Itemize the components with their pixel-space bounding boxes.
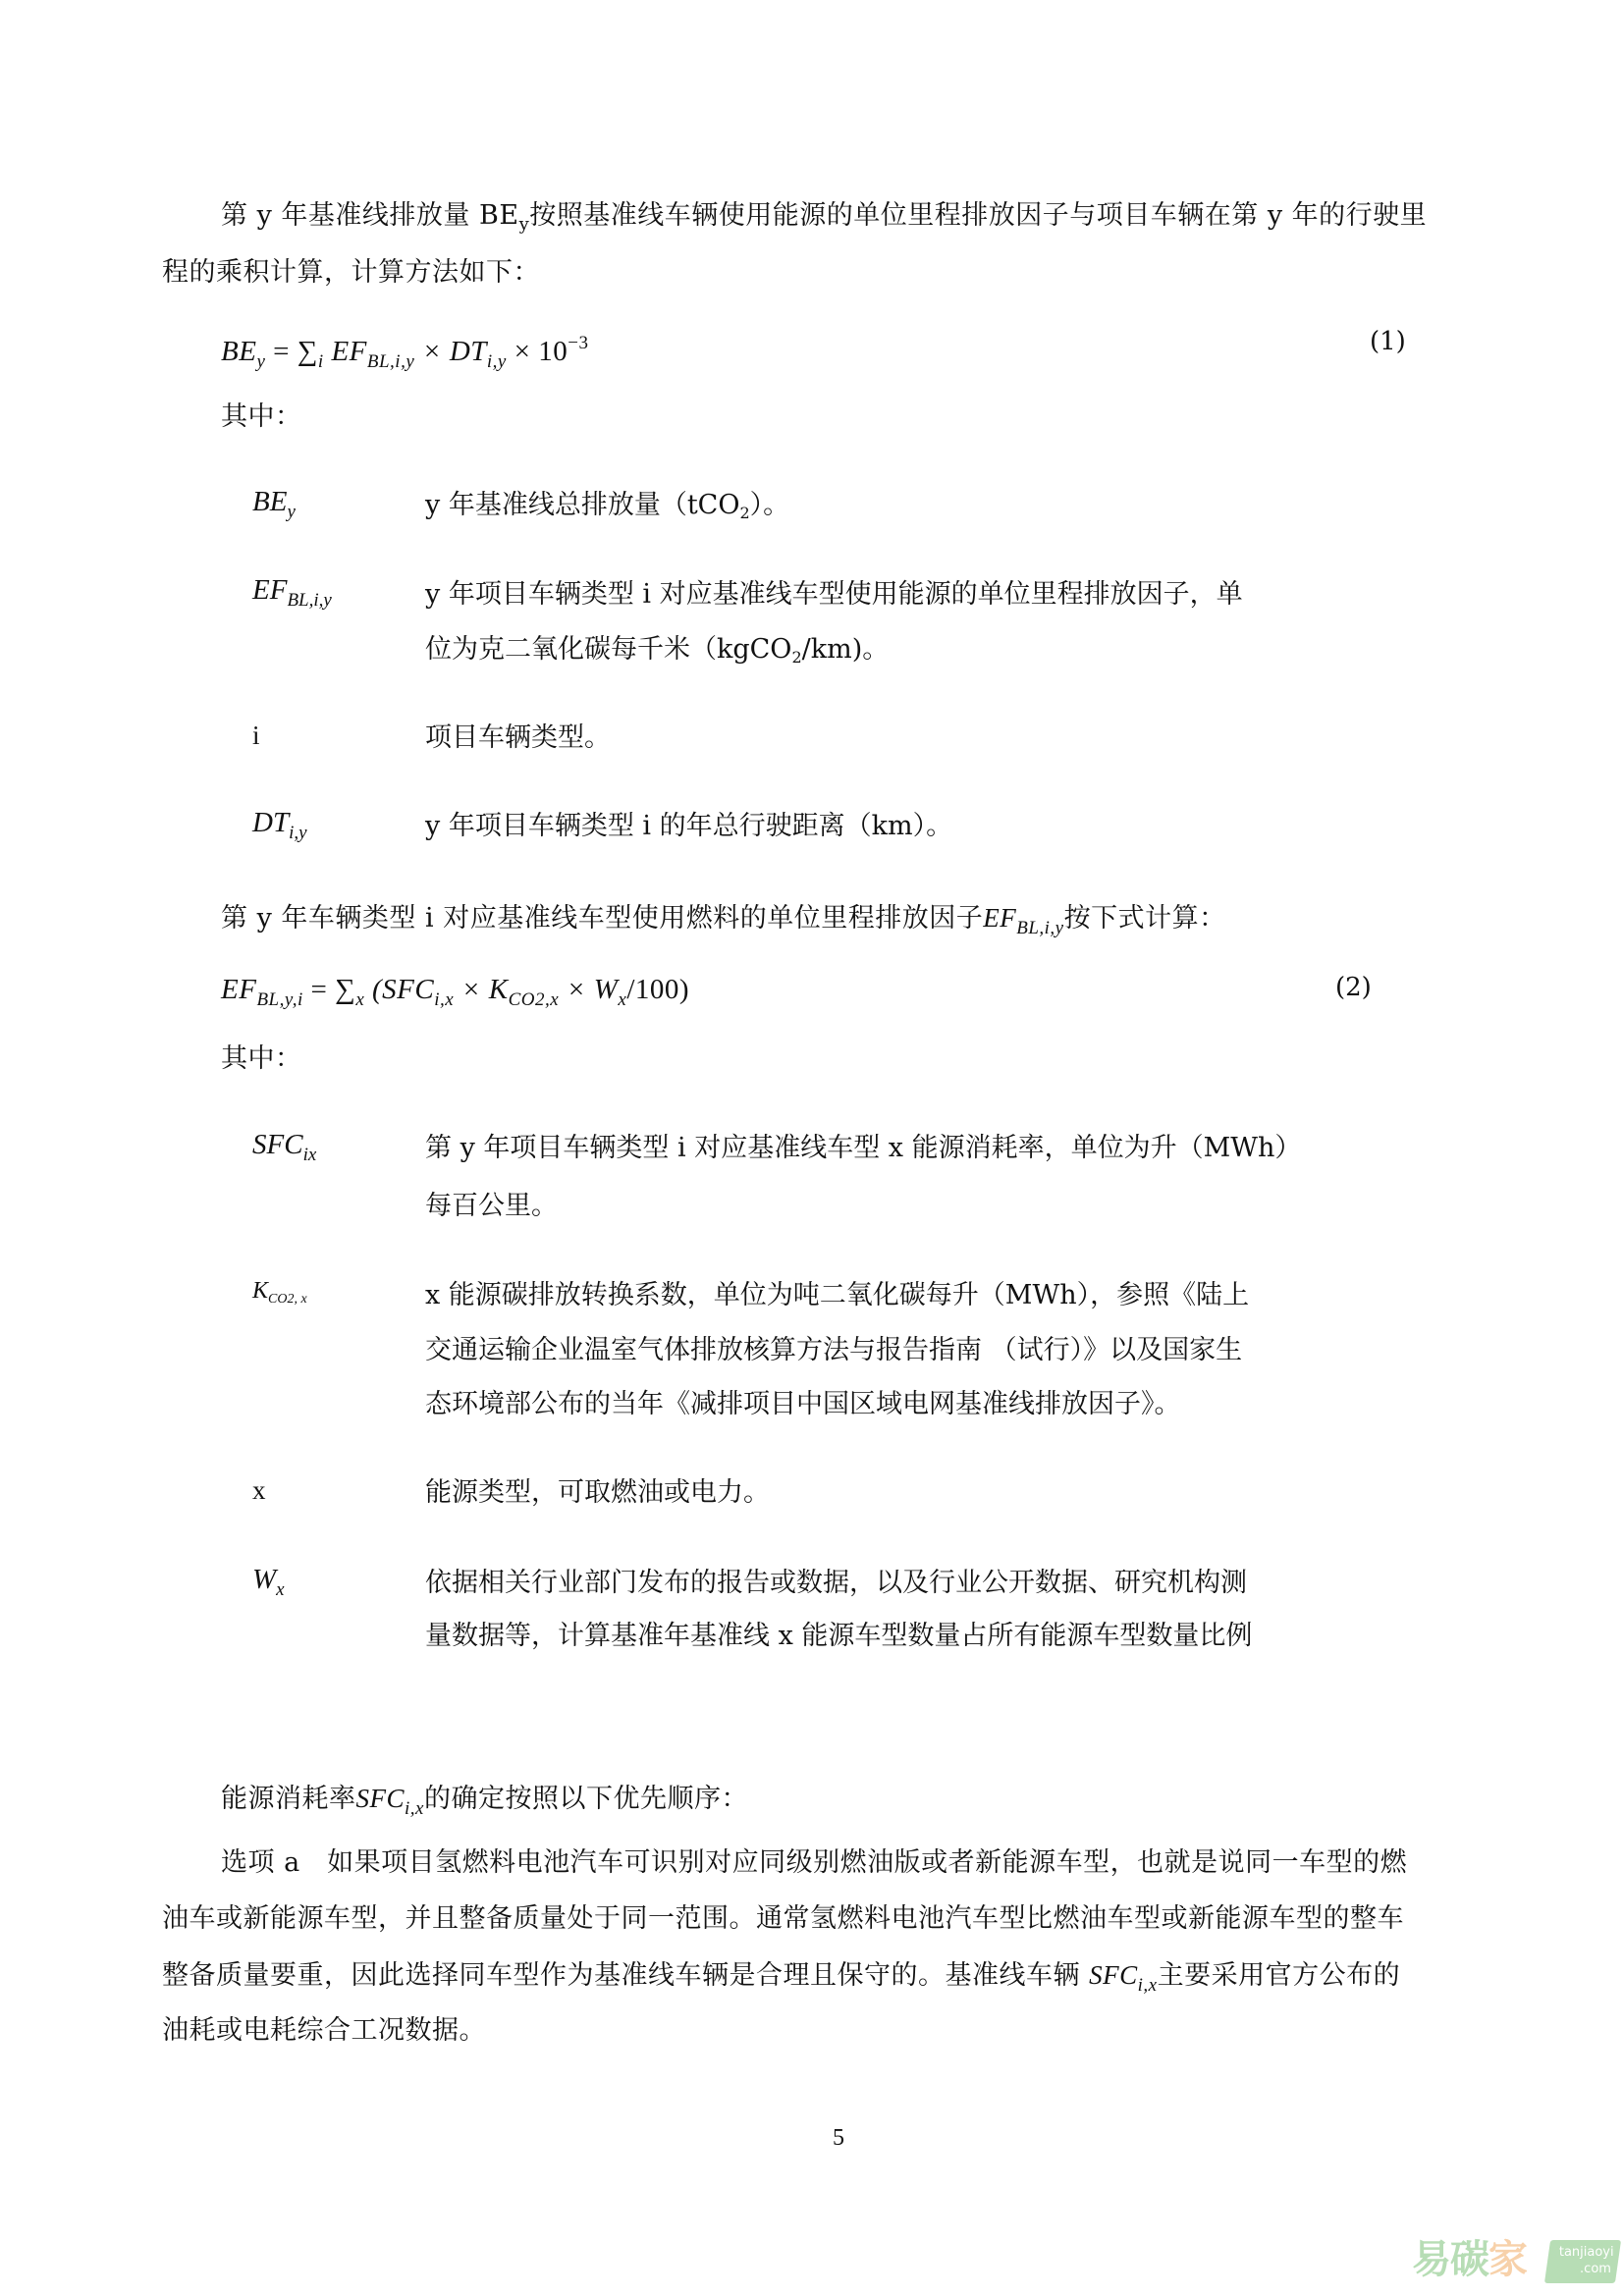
inline-symbol: EFBL,i,y	[983, 903, 1063, 933]
symbol-SFC-ix: SFCix	[252, 1129, 316, 1166]
symbol-K-CO2-x: KCO2, x	[252, 1278, 307, 1308]
eq-sub: i,y	[487, 351, 507, 372]
text: /km)。	[802, 634, 890, 665]
eq-term: BE	[221, 336, 256, 367]
option-a-line-2: 油车或新能源车型，并且整备质量处于同一范围。通常氢燃料电池汽车型比燃油车型或新能…	[162, 1901, 1404, 1937]
eq-term: (SFC	[364, 974, 434, 1005]
sym-sub: BL,i,y	[287, 590, 331, 611]
eq-term: EF	[221, 974, 256, 1005]
eq-exponent: −3	[568, 333, 588, 353]
sym-sub: BL,i,y	[1016, 918, 1063, 938]
sym-sub: i,x	[405, 1798, 424, 1819]
symbol-DT-i-y: DTi,y	[252, 807, 307, 844]
text: 整备质量要重，因此选择同车型作为基准线车辆是合理且保守的。基准线车辆	[162, 1960, 1089, 1991]
sym-text: W	[252, 1564, 276, 1595]
watermark-orange-char: 家	[1488, 2237, 1527, 2282]
sym-text: SFC	[252, 1129, 303, 1160]
definition-DT: y 年项目车辆类型 i 的年总行驶距离（km）。	[425, 809, 952, 844]
paragraph-1-line-2: 程的乘积计算，计算方法如下：	[162, 255, 540, 291]
sym-text: K	[252, 1278, 268, 1304]
sym-text: EF	[983, 903, 1016, 933]
definition-K-line-2: 交通运输企业温室气体排放核算方法与报告指南 （试行）》以及国家生	[425, 1333, 1242, 1368]
inline-symbol: SFCi,x	[1089, 1960, 1157, 1990]
sym-text: DT	[252, 807, 289, 838]
sym-text: SFC	[1089, 1960, 1138, 1990]
eq-sub: i,x	[434, 989, 454, 1010]
subscript: 2	[739, 504, 749, 522]
definition-EF-line-1: y 年项目车辆类型 i 对应基准线车型使用能源的单位里程排放因子，单	[425, 577, 1243, 613]
text: ）。	[750, 490, 790, 520]
paragraph-2: 第 y 年车辆类型 i 对应基准线车型使用燃料的单位里程排放因子EFBL,i,y…	[221, 900, 1226, 946]
sym-sub: y	[287, 502, 295, 522]
symbol-W-x: Wx	[252, 1564, 285, 1601]
eq-term: × W	[559, 974, 618, 1005]
definition-i: 项目车辆类型。	[425, 721, 611, 756]
text: y 年基准线总排放量（tCO	[425, 490, 739, 520]
eq-term: EF	[324, 336, 367, 367]
inline-symbol: SFCi,x	[356, 1784, 424, 1813]
sym-text: BE	[252, 486, 287, 517]
text: 的确定按照以下优先顺序：	[424, 1784, 748, 1814]
definition-K-line-3: 态环境部公布的当年《减排项目中国区域电网基准线排放因子》。	[425, 1387, 1181, 1422]
eq-term: /100)	[626, 974, 689, 1005]
eq-sub: x	[355, 989, 364, 1010]
symbol-EF-BL-i-y: EFBL,i,y	[252, 574, 332, 612]
text: 按照基准线车辆使用能源的单位里程排放因子与项目车辆在第 y 年的行驶里	[529, 200, 1427, 231]
definition-K-line-1: x 能源碳排放转换系数，单位为吨二氧化碳每升（MWh），参照《陆上	[425, 1278, 1249, 1313]
option-a-line-1: 选项 a 如果项目氢燃料电池汽车可识别对应同级别燃油版或者新能源车型，也就是说同…	[221, 1845, 1407, 1881]
sym-sub: CO2, x	[268, 1292, 307, 1307]
paragraph-1-line-1: 第 y 年基准线排放量 BEy按照基准线车辆使用能源的单位里程排放因子与项目车辆…	[221, 198, 1427, 242]
eq-term: × 10	[507, 336, 568, 367]
sym-sub: i,x	[1138, 1975, 1158, 1996]
eq-sub: BL,i,y	[367, 351, 414, 372]
symbol-BE-y: BEy	[252, 486, 296, 523]
eq-term: × DT	[414, 336, 487, 367]
symbol-i: i	[252, 721, 260, 751]
definition-W-line-2: 量数据等，计算基准年基准线 x 能源车型数量占所有能源车型数量比例	[425, 1619, 1252, 1654]
subscript: y	[519, 214, 530, 235]
watermark-domain-line-2: .com	[1546, 2261, 1617, 2277]
text: 第 y 年车辆类型 i 对应基准线车型使用燃料的单位里程排放因子	[221, 903, 983, 934]
equation-1-number: (1)	[1370, 327, 1406, 356]
eq-sum: = ∑	[303, 974, 356, 1005]
definition-x: 能源类型，可取燃油或电力。	[425, 1475, 770, 1511]
eq-sum: = ∑	[265, 336, 318, 367]
option-a-line-4: 油耗或电耗综合工况数据。	[162, 2013, 486, 2049]
paragraph-3: 能源消耗率SFCi,x的确定按照以下优先顺序：	[221, 1781, 748, 1827]
eq-sub: CO2,x	[509, 989, 560, 1010]
definition-EF-line-2: 位为克二氧化碳每千米（kgCO2/km)。	[425, 632, 889, 675]
equation-1: BEy = ∑i EFBL,i,y × DTi,y × 10−3	[221, 326, 588, 380]
equation-2-number: (2)	[1335, 973, 1372, 1002]
text: 按下式计算：	[1064, 903, 1226, 934]
watermark-domain-line-1: tanjiaoyi	[1549, 2240, 1620, 2261]
sym-sub: i,y	[289, 823, 306, 843]
subscript: 2	[791, 648, 801, 667]
eq-term: × K	[454, 974, 508, 1005]
page-number: 5	[833, 2125, 844, 2152]
watermark-text: 易碳家	[1412, 2234, 1527, 2285]
sym-sub: x	[276, 1579, 284, 1600]
definition-W-line-1: 依据相关行业部门发布的报告或数据，以及行业公开数据、研究机构测	[425, 1566, 1247, 1601]
text: 主要采用官方公布的	[1158, 1960, 1401, 1991]
watermark-domain-box: tanjiaoyi .com	[1544, 2240, 1621, 2283]
definition-BE-y: y 年基准线总排放量（tCO2）。	[425, 488, 789, 531]
eq-sub: BL,y,i	[256, 989, 302, 1010]
text: 第 y 年基准线排放量 BE	[221, 200, 519, 231]
watermark-logo: 易碳家 tanjiaoyi .com	[1412, 2230, 1620, 2289]
where-label-2: 其中：	[221, 1041, 302, 1077]
option-a-line-3: 整备质量要重，因此选择同车型作为基准线车辆是合理且保守的。基准线车辆 SFCi,…	[162, 1957, 1400, 2003]
sym-text: SFC	[356, 1784, 406, 1813]
equation-2: EFBL,y,i = ∑x (SFCi,x × KCO2,x × Wx/100)	[221, 972, 689, 1018]
text: 能源消耗率	[221, 1784, 356, 1814]
text: 位为克二氧化碳每千米（kgCO	[425, 634, 791, 665]
sym-sub: ix	[303, 1145, 317, 1165]
where-label-1: 其中：	[221, 400, 302, 435]
watermark-green-chars: 易碳	[1412, 2237, 1488, 2282]
sym-text: EF	[252, 574, 287, 606]
definition-SFC-line-1: 第 y 年项目车辆类型 i 对应基准线车型 x 能源消耗率，单位为升（MWh）	[425, 1131, 1301, 1166]
definition-SFC-line-2: 每百公里。	[425, 1189, 558, 1224]
symbol-x: x	[252, 1475, 266, 1506]
